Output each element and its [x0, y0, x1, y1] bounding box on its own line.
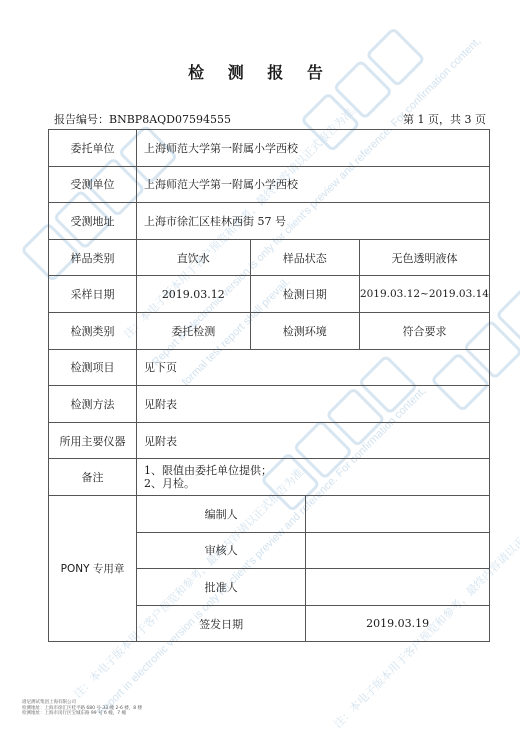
row-test-items: 检测项目 见下页: [49, 349, 490, 386]
page-title: 检 测 报 告: [0, 60, 520, 83]
remarks-value: 1、限值由委托单位提供； 2、月检。: [137, 459, 490, 496]
report-number: 报告编号：BNBP8AQD07594555: [54, 111, 231, 127]
test-items-value: 见下页: [137, 349, 490, 386]
row-dates: 采样日期 2019.03.12 检测日期 2019.03.12~2019.03.…: [49, 276, 490, 313]
compiler-label: 编制人: [137, 495, 306, 532]
sample-state-label: 样品状态: [250, 239, 359, 276]
test-category-value: 委托检测: [137, 312, 251, 349]
test-category-label: 检测类别: [49, 312, 137, 349]
remark-line-1: 1、限值由委托单位提供；: [144, 464, 489, 477]
test-method-label: 检测方法: [49, 386, 137, 423]
test-date-value: 2019.03.12~2019.03.14: [359, 276, 489, 313]
row-client: 委托单位 上海师范大学第一附属小学西校: [49, 130, 490, 167]
sampling-date-value: 2019.03.12: [137, 276, 251, 313]
sample-type-value: 直饮水: [137, 239, 251, 276]
footer: 谱尼测试集团上海有限公司 检测地址：上海市徐汇区桂平路 680 号 33 幢 2…: [22, 700, 142, 717]
tested-unit-value: 上海师范大学第一附属小学西校: [137, 166, 490, 203]
row-tested-address: 受测地址 上海市徐汇区桂林西街 57 号: [49, 203, 490, 240]
compiler-value: [306, 495, 490, 532]
test-date-label: 检测日期: [250, 276, 359, 313]
client-label: 委托单位: [49, 130, 137, 167]
footer-address-2: 检测地址：上海市闵行区宝城东路 99 号 6 幢，7 幢: [22, 711, 142, 717]
remarks-label: 备注: [49, 459, 137, 496]
instruments-value: 见附表: [137, 422, 490, 459]
tested-address-value: 上海市徐汇区桂林西街 57 号: [137, 203, 490, 240]
approver-label: 批准人: [137, 569, 306, 606]
test-environment-value: 符合要求: [359, 312, 489, 349]
page-info: 第 1 页，共 3 页: [403, 111, 486, 127]
issue-date-label: 签发日期: [137, 605, 306, 642]
tested-unit-label: 受测单位: [49, 166, 137, 203]
test-environment-label: 检测环境: [250, 312, 359, 349]
reviewer-value: [306, 532, 490, 569]
row-instruments: 所用主要仪器 见附表: [49, 422, 490, 459]
report-number-value: BNBP8AQD07594555: [109, 113, 231, 126]
approver-value: [306, 569, 490, 606]
row-compiler: PONY 专用章 编制人: [49, 495, 490, 532]
row-remarks: 备注 1、限值由委托单位提供； 2、月检。: [49, 459, 490, 496]
sampling-date-label: 采样日期: [49, 276, 137, 313]
client-value: 上海师范大学第一附属小学西校: [137, 130, 490, 167]
issue-date-value: 2019.03.19: [306, 605, 490, 642]
remark-line-2: 2、月检。: [144, 477, 489, 490]
seal-text: PONY 专用章: [61, 563, 125, 575]
row-test-method: 检测方法 见附表: [49, 386, 490, 423]
report-number-label: 报告编号：: [54, 113, 109, 126]
reviewer-label: 审核人: [137, 532, 306, 569]
row-sample: 样品类别 直饮水 样品状态 无色透明液体: [49, 239, 490, 276]
tested-address-label: 受测地址: [49, 203, 137, 240]
sample-state-value: 无色透明液体: [359, 239, 489, 276]
seal-label: PONY 专用章: [49, 495, 137, 641]
instruments-label: 所用主要仪器: [49, 422, 137, 459]
test-items-label: 检测项目: [49, 349, 137, 386]
test-method-value: 见附表: [137, 386, 490, 423]
report-table: 委托单位 上海师范大学第一附属小学西校 受测单位 上海师范大学第一附属小学西校 …: [48, 129, 490, 642]
row-tested-unit: 受测单位 上海师范大学第一附属小学西校: [49, 166, 490, 203]
row-category: 检测类别 委托检测 检测环境 符合要求: [49, 312, 490, 349]
sample-type-label: 样品类别: [49, 239, 137, 276]
